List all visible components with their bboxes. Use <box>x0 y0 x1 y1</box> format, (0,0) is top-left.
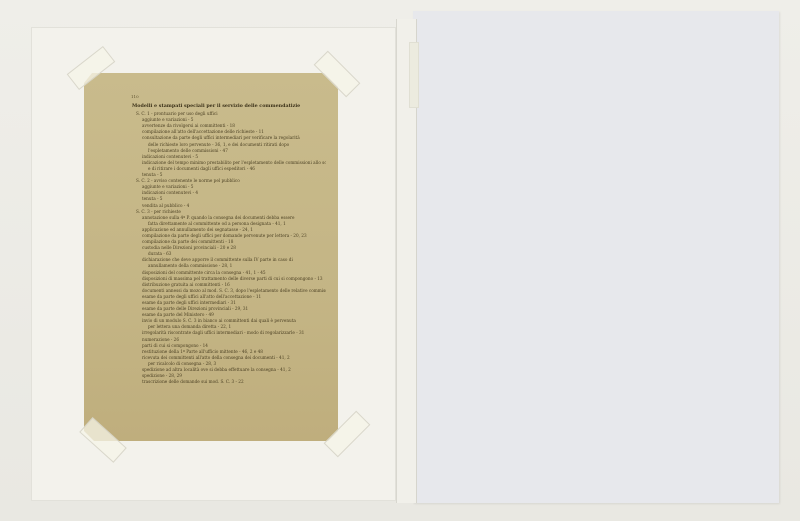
index-entry: irregolarità riscontrate dagli uffici in… <box>132 330 326 336</box>
index-entry: documenti annessi da mozo al mod. S. C. … <box>132 288 326 294</box>
index-entry: disposizioni di massima pel trattamento … <box>132 276 326 282</box>
archival-document-page: 110 Modelli e stampati speciali per il s… <box>84 73 338 441</box>
index-entries: S. C. 1 - prontuario per uso degli uffic… <box>132 111 326 385</box>
document-heading: Modelli e stampati speciali per il servi… <box>132 103 326 109</box>
document-body: Modelli e stampati speciali per il servi… <box>84 73 338 385</box>
index-entry: consultazione da parte degli uffici inte… <box>132 135 326 141</box>
right-folder-panel <box>413 11 779 503</box>
index-entry: trascrizione delle domande sui mod. S. C… <box>132 379 326 385</box>
spine-tape <box>409 42 419 108</box>
